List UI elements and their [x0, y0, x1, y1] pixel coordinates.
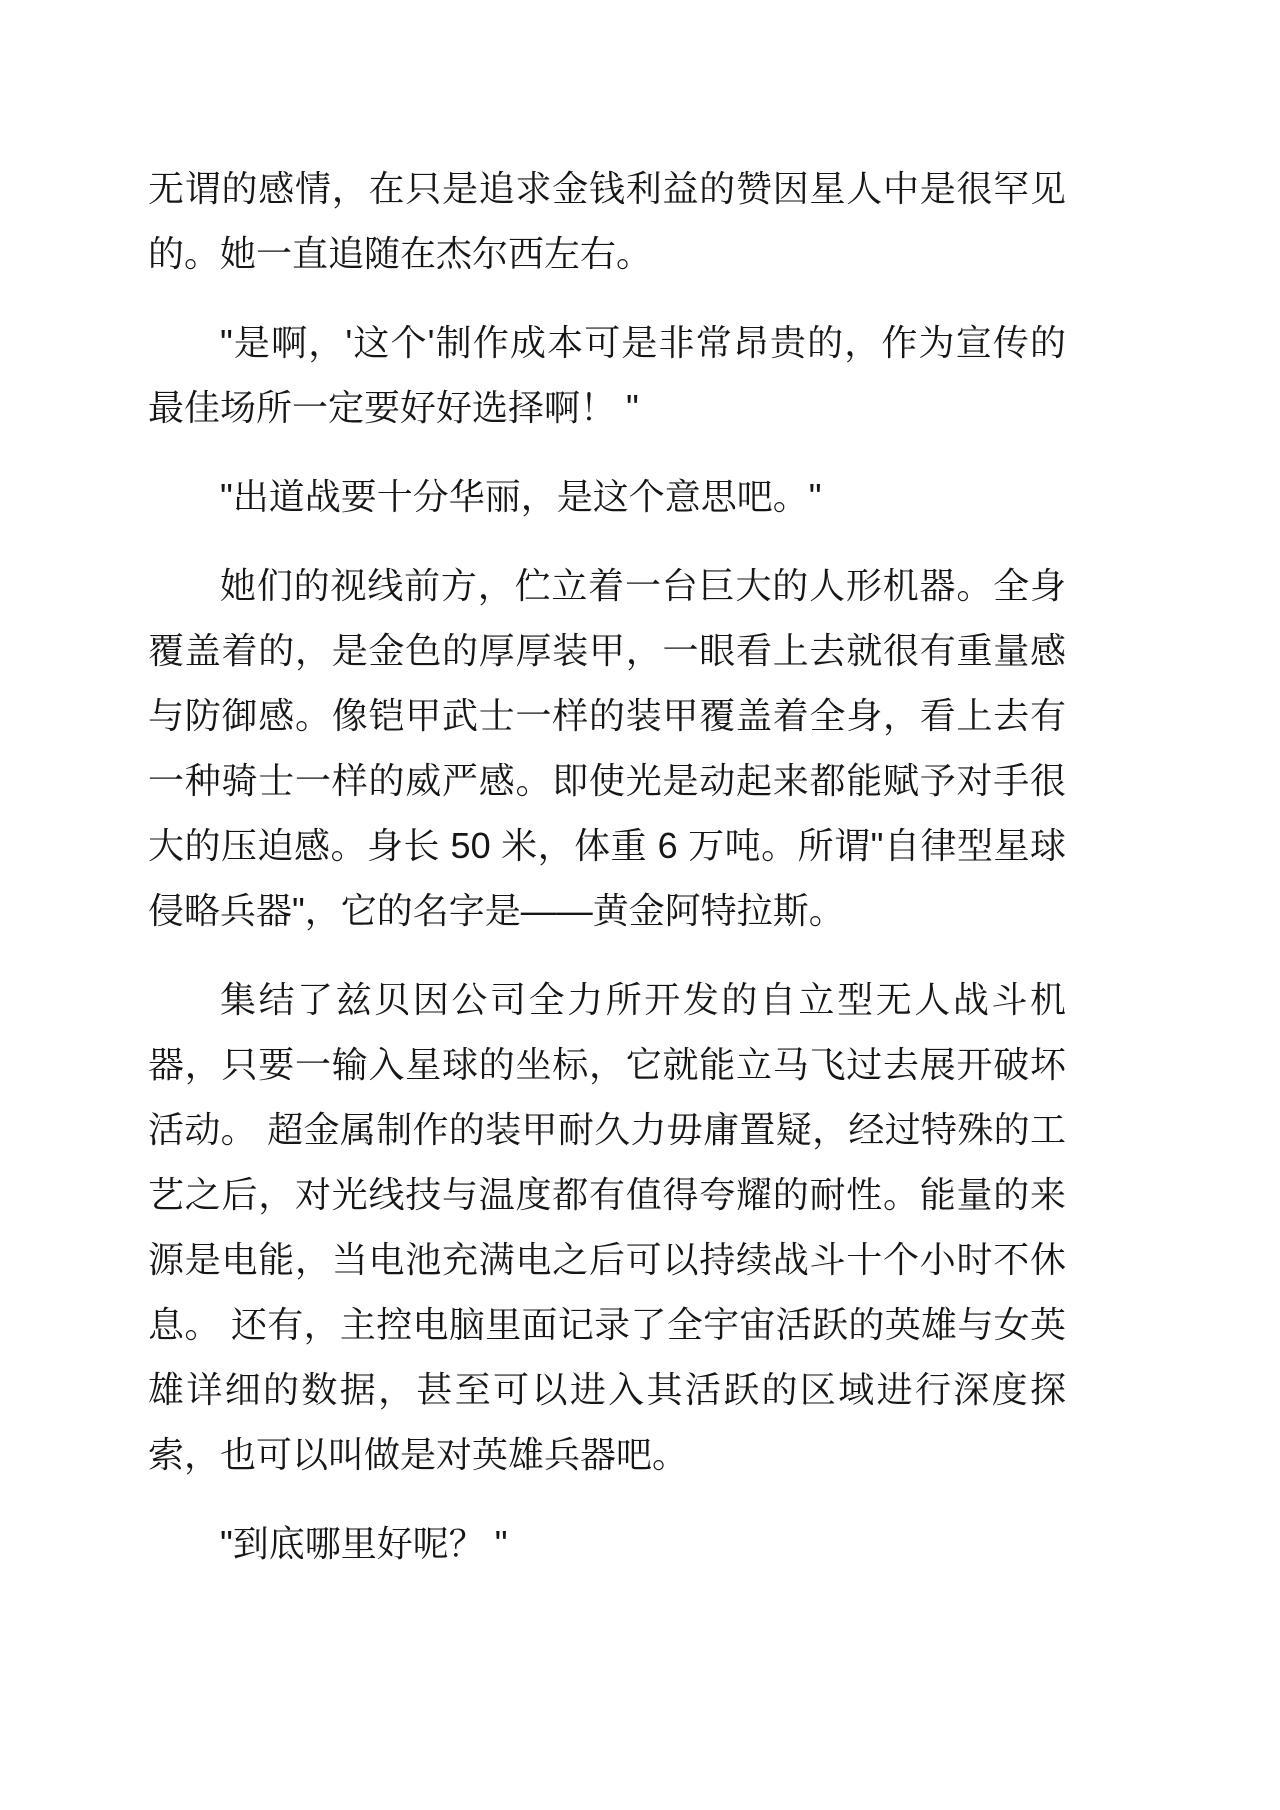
dialogue-paragraph: "出道战要十分华丽，是这个意思吧。" — [148, 464, 1066, 529]
document-page: 无谓的感情，在只是追求金钱利益的赞因星人中是很罕见的。她一直追随在杰尔西左右。 … — [0, 0, 1280, 1810]
paragraph: 无谓的感情，在只是追求金钱利益的赞因星人中是很罕见的。她一直追随在杰尔西左右。 — [148, 156, 1066, 286]
paragraph: 她们的视线前方，伫立着一台巨大的人形机器。全身覆盖着的，是金色的厚厚装甲，一眼看… — [148, 553, 1066, 943]
paragraph: 集结了兹贝因公司全力所开发的自立型无人战斗机器，只要一输入星球的坐标，它就能立马… — [148, 967, 1066, 1487]
dialogue-paragraph: "是啊，'这个'制作成本可是非常昂贵的，作为宣传的最佳场所一定要好好选择啊！ " — [148, 310, 1066, 440]
dialogue-paragraph: "到底哪里好呢？ " — [148, 1511, 1066, 1576]
page-text-block: 无谓的感情，在只是追求金钱利益的赞因星人中是很罕见的。她一直追随在杰尔西左右。 … — [148, 156, 1066, 1576]
